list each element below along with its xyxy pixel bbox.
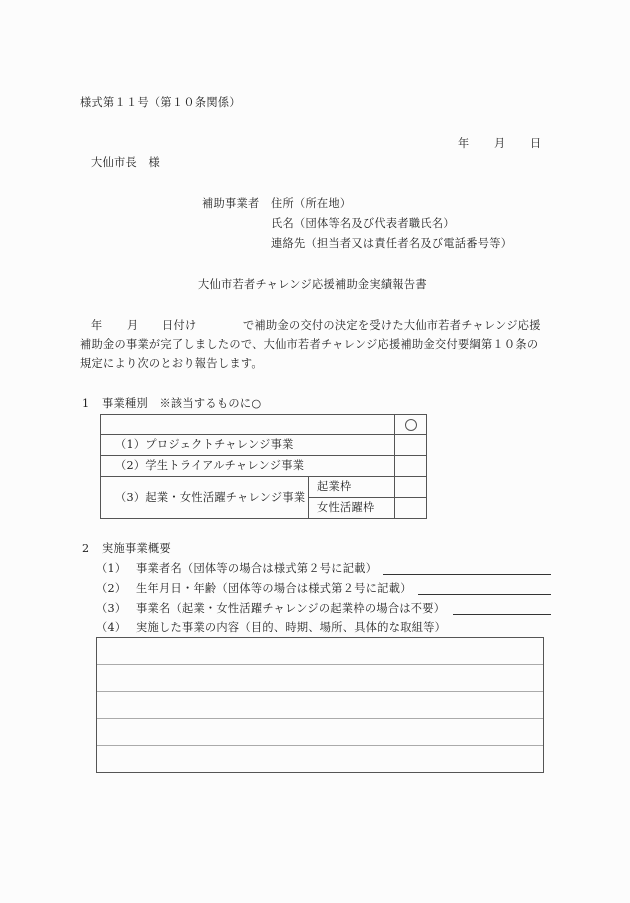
addressee: 大仙市長 様 [91,157,160,168]
body-line3: 規定により次のとおり報告します。 [80,358,263,369]
table-row: （3）起業・女性活躍チャレンジ事業 起業枠 [101,477,427,498]
item4-number: （4） [96,622,126,633]
table-header-empty [101,415,395,435]
table-header-row [101,415,427,435]
date-month-label: 月 [494,138,506,149]
mark-cell-women[interactable] [395,498,427,519]
applicant-contact-label: 連絡先（担当者又は責任者名及び電話番号等） [271,238,512,249]
item1-input-line[interactable] [383,574,551,575]
mark-cell-startup[interactable] [395,477,427,498]
content-line-4[interactable] [97,719,543,746]
type-label-student: （2）学生トライアルチャレンジ事業 [101,456,395,477]
mark-cell-student[interactable] [395,456,427,477]
table-row: （1）プロジェクトチャレンジ事業 [101,435,427,456]
circle-icon [405,419,417,431]
type-label-startup-women: （3）起業・女性活躍チャレンジ事業 [101,477,309,519]
item3-input-line[interactable] [453,614,551,615]
section1-number: 1 [82,398,89,409]
item1-number: （1） [96,563,126,574]
item3-number: （3） [96,603,126,614]
section2-heading: 実施事業概要 [102,543,171,554]
content-line-5[interactable] [97,746,543,773]
form-number: 様式第１１号（第１０条関係） [80,97,241,108]
body-month: 月 [127,320,139,331]
applicant-label: 補助事業者 [202,198,259,209]
item1-label: 事業者名（団体等の場合は様式第２号に記載） [136,563,377,574]
mark-cell-project[interactable] [395,435,427,456]
table-row: （2）学生トライアルチャレンジ事業 [101,456,427,477]
sub-label-women: 女性活躍枠 [309,498,395,519]
business-type-table: （1）プロジェクトチャレンジ事業 （2）学生トライアルチャレンジ事業 （3）起業… [100,414,427,519]
applicant-address-label: 住所（所在地） [271,198,351,209]
mark-header-cell [395,415,427,435]
date-year-label: 年 [458,138,470,149]
project-content-box[interactable] [96,637,544,773]
type-label-project: （1）プロジェクトチャレンジ事業 [101,435,395,456]
content-line-2[interactable] [97,665,543,692]
sub-label-startup: 起業枠 [309,477,395,498]
body-line1-rest: で補助金の交付の決定を受けた大仙市若者チャレンジ応援 [243,320,541,331]
section2-number: 2 [82,543,89,554]
applicant-name-label: 氏名（団体等名及び代表者職氏名） [271,218,455,229]
item2-label: 生年月日・年齢（団体等の場合は様式第２号に記載） [136,583,412,594]
document-title: 大仙市若者チャレンジ応援補助金実績報告書 [198,279,427,290]
item2-number: （2） [96,583,126,594]
section1-heading: 事業種別 ※該当するものに○ [102,398,261,409]
content-line-3[interactable] [97,692,543,719]
content-line-1[interactable] [97,638,543,665]
item2-input-line[interactable] [418,594,551,595]
item3-label: 事業名（起業・女性活躍チャレンジの起業枠の場合は不要） [136,603,445,614]
body-year: 年 [91,320,103,331]
item4-label: 実施した事業の内容（目的、時期、場所、具体的な取組等） [136,622,446,633]
body-line2: 補助金の事業が完了しましたので、大仙市若者チャレンジ応援補助金交付要綱第１０条の [80,339,538,350]
body-day: 日付け [162,320,196,331]
date-day-label: 日 [530,138,542,149]
